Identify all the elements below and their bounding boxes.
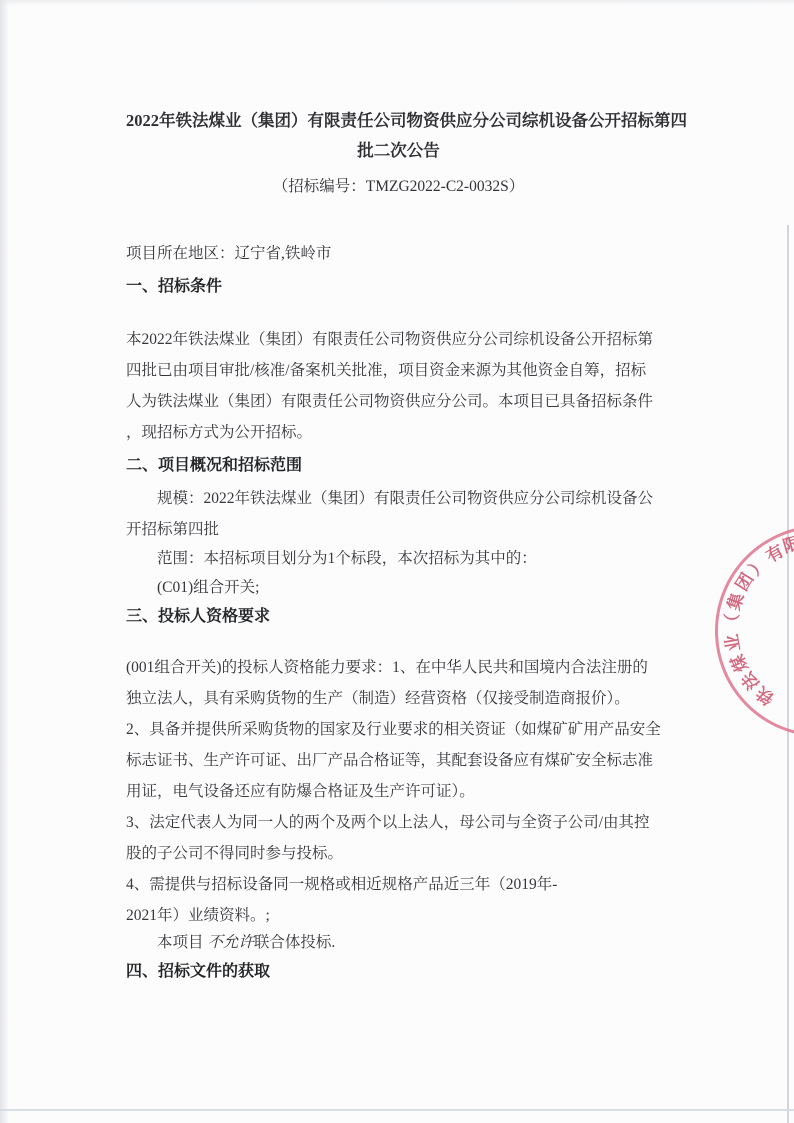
scan-artifact-horizontal-line (0, 1109, 794, 1111)
scanned-document-page: 2022年铁法煤业（集团）有限责任公司物资供应分公司综机设备公开招标第四 批二次… (0, 0, 794, 1123)
project-scope-text: 范围：本招标项目划分为1个标段，本次招标为其中的： (126, 543, 671, 574)
consortium-suffix: 联合体投标. (254, 934, 335, 951)
consortium-statement: 本项目 不允许联合体投标. (126, 927, 671, 958)
section-3-heading: 三、投标人资格要求 (126, 601, 671, 632)
section-4-heading: 四、招标文件的获取 (126, 956, 671, 987)
section-1-paragraph: 本2022年铁法煤业（集团）有限责任公司物资供应分公司综机设备公开招标第 四批已… (126, 324, 671, 448)
tender-number: （招标编号：TMZG2022-C2-0032S） (126, 171, 671, 202)
consortium-prefix: 本项目 (126, 934, 207, 951)
section-3-paragraph: (001组合开关)的投标人资格能力要求：1、在中华人民共和国境内合法注册的 独立… (126, 652, 671, 931)
scan-edge-top (0, 0, 794, 6)
project-location: 项目所在地区：辽宁省,铁岭市 (126, 238, 671, 269)
scan-edge-left (0, 0, 9, 1123)
lot-item-text: (C01)组合开关; (126, 572, 671, 603)
section-1-heading: 一、招标条件 (126, 271, 671, 302)
document-title: 2022年铁法煤业（集团）有限责任公司物资供应分公司综机设备公开招标第四 批二次… (126, 106, 671, 166)
section-2-heading: 二、项目概况和招标范围 (126, 450, 671, 481)
project-scale-text: 规模：2022年铁法煤业（集团）有限责任公司物资供应分公司综机设备公 开招标第四… (126, 483, 671, 545)
consortium-emphasis: 不允许 (207, 934, 254, 951)
seal-char: （ (717, 613, 743, 632)
